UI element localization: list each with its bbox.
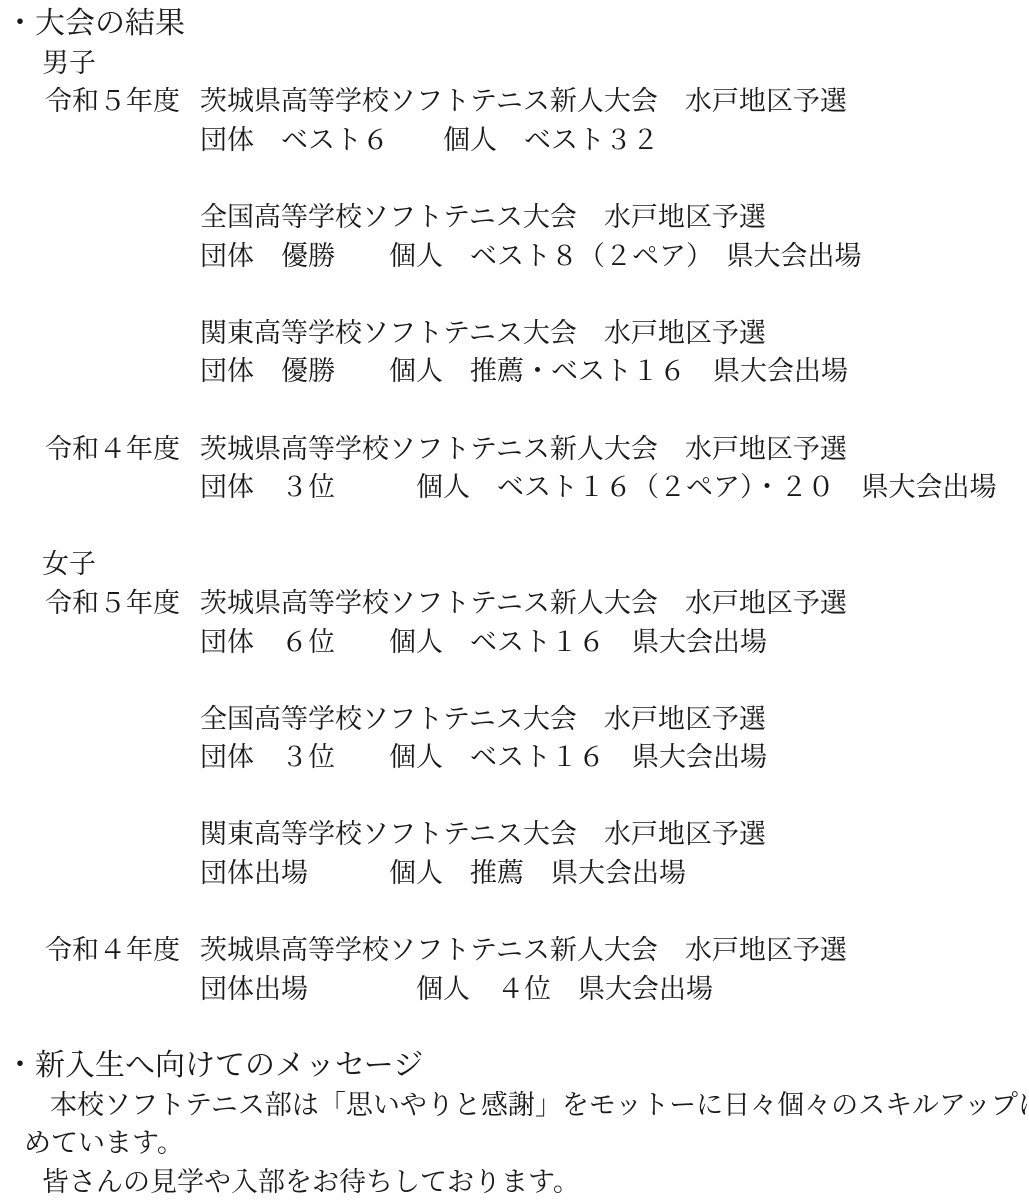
boys-r4-shinjin-title-row: 令和４年度茨城県高等学校ソフトテニス新人大会 水戸地区予選	[0, 430, 1029, 469]
boys-r5-shinjin-tournament-name: 茨城県高等学校ソフトテニス新人大会 水戸地区予選	[200, 86, 847, 116]
blank-line	[0, 391, 1029, 430]
girls-r4-shinjin-title-row: 令和４年度茨城県高等学校ソフトテニス新人大会 水戸地区予選	[0, 931, 1029, 970]
boys-r4-shinjin-result: 団体 ３位 個人 ベスト１６（２ペア）・２０ 県大会出場	[0, 468, 1029, 507]
results-section-title: ・大会の結果	[0, 5, 1029, 44]
blank-line	[0, 507, 1029, 546]
message-section-title: ・新入生へ向けてのメッセージ	[0, 1047, 1029, 1086]
boys-r5-kanto-tournament-name: 関東高等学校ソフトテニス大会 水戸地区予選	[0, 314, 1029, 353]
boys-r5-zenkoku-tournament-name: 全国高等学校ソフトテニス大会 水戸地区予選	[0, 198, 1029, 237]
girls-r5-shinjin-result: 団体 ６位 個人 ベスト１６ 県大会出場	[0, 623, 1029, 662]
girls-r4-year-label: 令和４年度	[45, 931, 200, 970]
blank-line	[0, 661, 1029, 700]
boys-r4-year-label: 令和４年度	[45, 430, 200, 469]
girls-r5-kanto-result: 団体出場 個人 推薦 県大会出場	[0, 854, 1029, 893]
blank-line	[0, 275, 1029, 314]
boys-r4-shinjin-tournament-name: 茨城県高等学校ソフトテニス新人大会 水戸地区予選	[200, 434, 847, 464]
girls-r5-kanto-tournament-name: 関東高等学校ソフトテニス大会 水戸地区予選	[0, 815, 1029, 854]
message-body-line-3: 皆さんの見学や入部をお待ちしております。	[0, 1163, 1029, 1200]
girls-r5-shinjin-title-row: 令和５年度茨城県高等学校ソフトテニス新人大会 水戸地区予選	[0, 584, 1029, 623]
girls-r4-shinjin-result: 団体出場 個人 ４位 県大会出場	[0, 970, 1029, 1009]
blank-line	[0, 777, 1029, 816]
boys-r5-shinjin-result: 団体 ベスト６ 個人 ベスト３２	[0, 121, 1029, 160]
girls-header: 女子	[0, 545, 1029, 584]
girls-r4-shinjin-tournament-name: 茨城県高等学校ソフトテニス新人大会 水戸地区予選	[200, 935, 847, 965]
boys-header: 男子	[0, 44, 1029, 83]
blank-line	[0, 893, 1029, 932]
girls-r5-zenkoku-tournament-name: 全国高等学校ソフトテニス大会 水戸地区予選	[0, 700, 1029, 739]
message-body-line-1: 本校ソフトテニス部は「思いやりと感謝」をモットーに日々個々のスキルアップに努	[0, 1086, 1029, 1125]
message-body-line-2: めています。	[0, 1124, 1029, 1163]
document-page: { "results_section": { "title": "・大会の結果"…	[0, 0, 1029, 1200]
girls-r5-year-label: 令和５年度	[45, 584, 200, 623]
girls-r5-shinjin-tournament-name: 茨城県高等学校ソフトテニス新人大会 水戸地区予選	[200, 588, 847, 618]
blank-line	[0, 1008, 1029, 1047]
boys-r5-zenkoku-result: 団体 優勝 個人 ベスト８（２ペア） 県大会出場	[0, 237, 1029, 276]
blank-line	[0, 159, 1029, 198]
girls-r5-zenkoku-result: 団体 ３位 個人 ベスト１６ 県大会出場	[0, 738, 1029, 777]
boys-r5-kanto-result: 団体 優勝 個人 推薦・ベスト１６ 県大会出場	[0, 352, 1029, 391]
boys-r5-shinjin-title-row: 令和５年度茨城県高等学校ソフトテニス新人大会 水戸地区予選	[0, 82, 1029, 121]
boys-r5-year-label: 令和５年度	[45, 82, 200, 121]
